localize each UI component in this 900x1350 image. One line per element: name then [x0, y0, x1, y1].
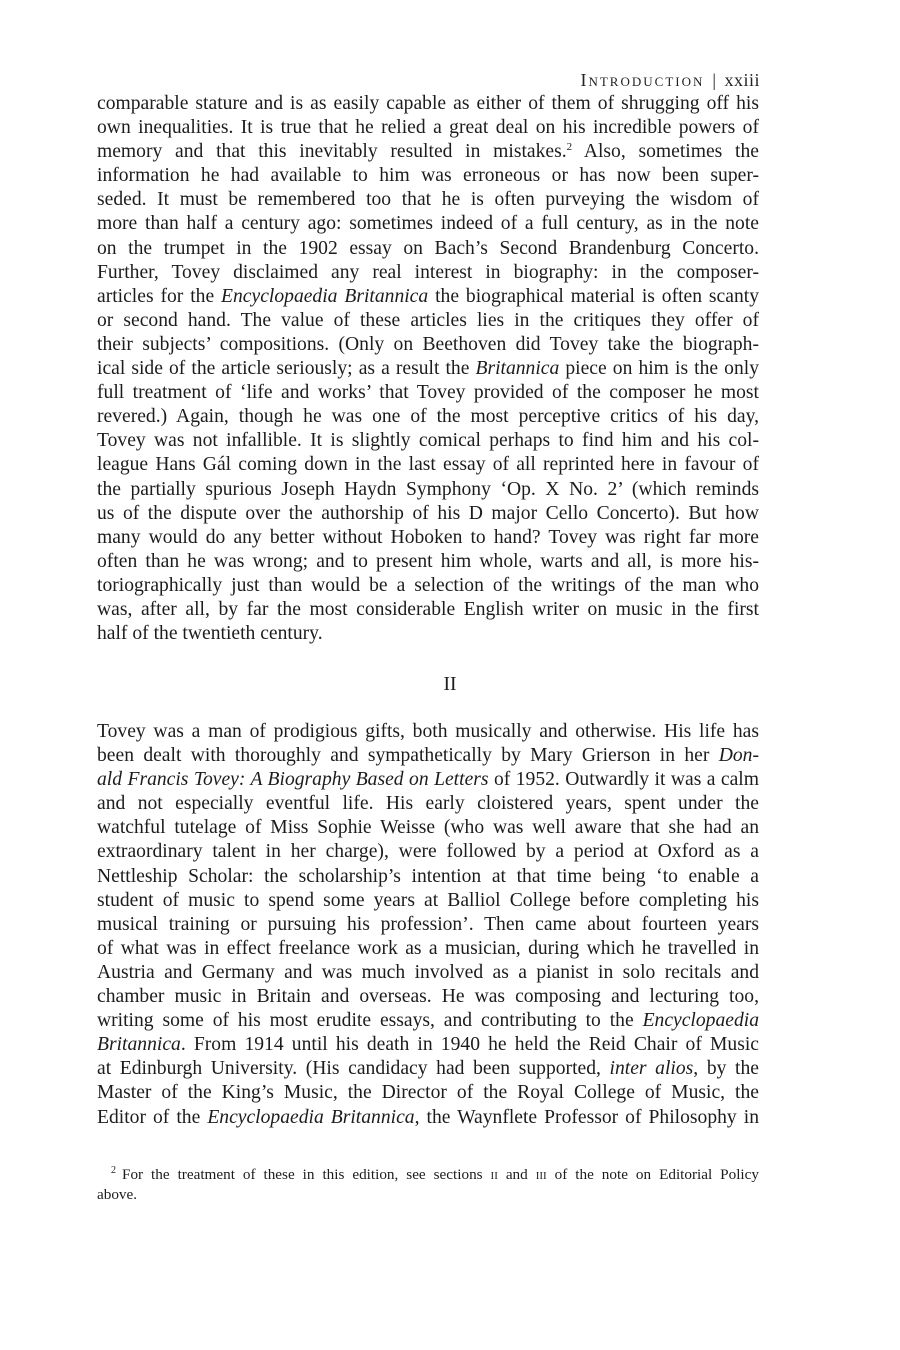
- text-line: often than he was wrong; and to present …: [97, 550, 759, 574]
- footnote-number: 2: [111, 1165, 116, 1176]
- text-line: revered.) Again, though he was one of th…: [97, 405, 759, 429]
- text-line: of what was in effect freelance work as …: [97, 937, 759, 961]
- text-line: more than half a century ago: sometimes …: [97, 212, 759, 236]
- text-line: student of music to spend some years at …: [97, 889, 759, 913]
- text-line: seded. It must be remembered too that he…: [97, 188, 759, 212]
- text-line: Tovey was not infallible. It is slightly…: [97, 429, 759, 453]
- running-head-title: Introduction: [580, 70, 704, 90]
- section-heading-numeral: II: [0, 674, 900, 696]
- text-line: league Hans Gál coming down in the last …: [97, 453, 759, 477]
- text-line: Nettleship Scholar: the scholarship’s in…: [97, 865, 759, 889]
- text-line: information he had available to him was …: [97, 164, 759, 188]
- text-line: writing some of his most erudite essays,…: [97, 1009, 759, 1033]
- paragraph-section-one-continued: comparable stature and is as easily capa…: [97, 92, 759, 646]
- text-line: and not especially eventful life. His ea…: [97, 792, 759, 816]
- text-line: Master of the King’s Music, the Director…: [97, 1081, 759, 1105]
- text-line: their subjects’ compositions. (Only on B…: [97, 333, 759, 357]
- text-line: Editor of the Encyclopaedia Britannica, …: [97, 1106, 759, 1130]
- book-page: Introduction|xxiii comparable stature an…: [0, 0, 900, 1350]
- footnote-line: 2For the treatment of these in this edit…: [97, 1165, 759, 1185]
- text-line: Further, Tovey disclaimed any real inter…: [97, 261, 759, 285]
- text-line: extraordinary talent in her charge), wer…: [97, 840, 759, 864]
- text-line: musical training or pursuing his profess…: [97, 913, 759, 937]
- text-line: was, after all, by far the most consider…: [97, 598, 759, 622]
- text-line: Austria and Germany and was much involve…: [97, 961, 759, 985]
- footnote-2: 2For the treatment of these in this edit…: [97, 1165, 759, 1204]
- text-line: chamber music in Britain and overseas. H…: [97, 985, 759, 1009]
- text-line: Britannica. From 1914 until his death in…: [97, 1033, 759, 1057]
- text-line: full treatment of ‘life and works’ that …: [97, 381, 759, 405]
- text-line: ald Francis Tovey: A Biography Based on …: [97, 768, 759, 792]
- running-head: Introduction|xxiii: [580, 70, 760, 91]
- text-line: watchful tutelage of Miss Sophie Weisse …: [97, 816, 759, 840]
- text-line: memory and that this inevitably resulted…: [97, 140, 759, 164]
- text-line: or second hand. The value of these artic…: [97, 309, 759, 333]
- text-line: comparable stature and is as easily capa…: [97, 92, 759, 116]
- text-line: on the trumpet in the 1902 essay on Bach…: [97, 237, 759, 261]
- text-line: toriographically just than would be a se…: [97, 574, 759, 598]
- text-line: us of the dispute over the authorship of…: [97, 502, 759, 526]
- text-line: ical side of the article seriously; as a…: [97, 357, 759, 381]
- text-line: half of the twentieth century.: [97, 622, 759, 646]
- footnote-line: above.: [97, 1185, 759, 1205]
- text-line: many would do any better without Hoboken…: [97, 526, 759, 550]
- text-line: the partially spurious Joseph Haydn Symp…: [97, 478, 759, 502]
- text-line: at Edinburgh University. (His candidacy …: [97, 1057, 759, 1081]
- text-line: articles for the Encyclopaedia Britannic…: [97, 285, 759, 309]
- text-line: own inequalities. It is true that he rel…: [97, 116, 759, 140]
- page-number: xxiii: [724, 70, 760, 90]
- text-line: Tovey was a man of prodigious gifts, bot…: [97, 720, 759, 744]
- paragraph-section-two: Tovey was a man of prodigious gifts, bot…: [97, 720, 759, 1130]
- running-head-separator: |: [712, 70, 716, 90]
- text-line: been dealt with thoroughly and sympathet…: [97, 744, 759, 768]
